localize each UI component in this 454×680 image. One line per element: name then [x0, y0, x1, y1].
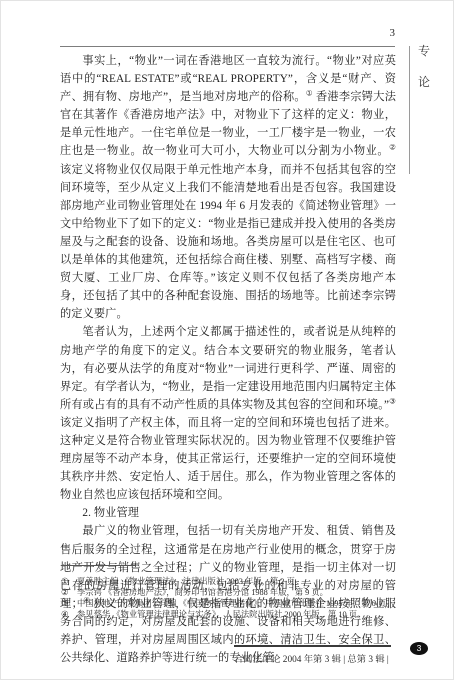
footnote-marker: ④	[61, 609, 77, 620]
article-body: 事实上，“物业”一词在香港地区一直较为流行。“物业”对应英语中的“REAL ES…	[60, 52, 396, 667]
footnote-text: 夏善胜主编 《物业管理法》，法律出版社 2003 年版，第 2 页。	[77, 576, 399, 587]
footnote: ②李宗锷 《香港房地产法》，商务印书馆香港分馆 1988 年版，第 9 页。	[61, 587, 399, 598]
footnote-ref: ③	[389, 396, 396, 405]
section-label-char: 论	[415, 76, 433, 88]
body-paragraph: 笔者认为，上述两个定义都属于描述性的，或者说是从纯粹的房地产学的角度下的定义。结…	[60, 323, 396, 504]
footnote-text: 中国房地产开发集团公司编 《中国物业管理指南》，中国城市出版社 1995 年，第…	[77, 598, 399, 609]
footnote: ③中国房地产开发集团公司编 《中国物业管理指南》，中国城市出版社 1995 年，…	[61, 598, 399, 609]
section-tab-rule	[409, 46, 410, 174]
footnote-marker: ①	[61, 576, 77, 587]
page-number-badge: 3	[410, 642, 428, 655]
body-paragraph: 事实上，“物业”一词在香港地区一直较为流行。“物业”对应英语中的“REAL ES…	[60, 52, 396, 323]
footnote-marker: ②	[61, 587, 77, 598]
section-heading: 2. 物业管理	[60, 504, 396, 522]
footnote-text: 参见蔡华 《物业管理法律理论与实务》，人民法院出版社 2000 年版，第 10 …	[77, 609, 399, 620]
footnote-ref: ②	[389, 143, 396, 152]
section-label-char: 专	[415, 45, 433, 57]
footnote-marker: ③	[61, 598, 77, 609]
footnote-ref: ①	[306, 88, 313, 97]
footnote-divider	[61, 565, 135, 566]
footnote-text: 李宗锷 《香港房地产法》，商务印书馆香港分馆 1988 年版，第 9 页。	[77, 587, 399, 598]
section-tab-label: 专论	[415, 45, 433, 107]
page-number-top: 3	[60, 27, 395, 39]
footer-rule	[234, 645, 391, 647]
footnotes-block: ①夏善胜主编 《物业管理法》，法律出版社 2003 年版，第 2 页。②李宗锷 …	[61, 576, 399, 620]
header-rule	[60, 46, 395, 47]
footnote: ④参见蔡华 《物业管理法律理论与实务》，人民法院出版社 2000 年版，第 10…	[61, 609, 399, 620]
journal-citation: 合同法评论 2004 年第 3 辑 | 总第 3 辑 |	[234, 651, 389, 665]
footnote: ①夏善胜主编 《物业管理法》，法律出版社 2003 年版，第 2 页。	[61, 576, 399, 587]
document-page: 3 专论 事实上，“物业”一词在香港地区一直较为流行。“物业”对应英语中的“RE…	[0, 0, 454, 680]
